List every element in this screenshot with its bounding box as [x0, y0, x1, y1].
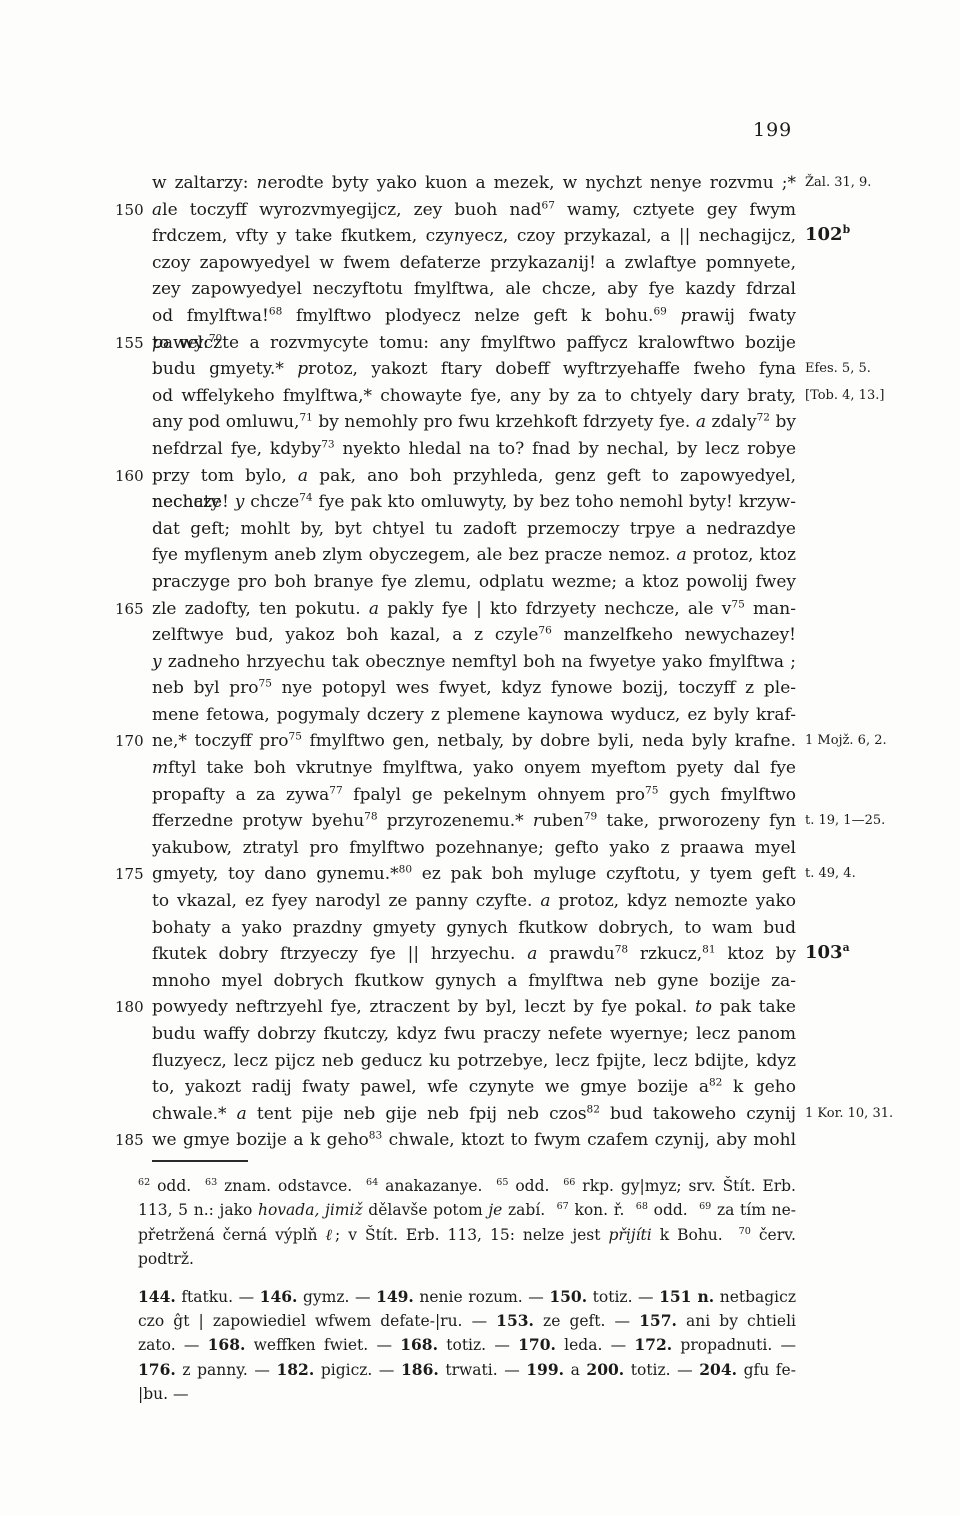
apparatus-line: přetržená černá výplň ℓ; v Štít. Erb. 11… — [138, 1223, 796, 1272]
body-line: fye myflenym aneb zlym obyczegem, ale be… — [152, 542, 796, 569]
readings-line: czo ĝt | zapowiediel wfwem defate-|ru. —… — [138, 1309, 796, 1333]
footnote-readings: 144. ftatku. — 146. gymz. — 149. nenie r… — [138, 1285, 796, 1407]
readings-line: zato. — 168. weffken fwiet. — 168. totiz… — [138, 1333, 796, 1357]
body-line: fkutek dobry ftrzyeczy fye || hrzyechu. … — [152, 941, 796, 968]
citation-margin-note: 1 Kor. 10, 31. — [805, 1102, 893, 1126]
line-number: 150 — [115, 197, 144, 224]
body-line: fferzedne protyw byehu78 przyrozenemu.* … — [152, 808, 796, 835]
body-line: fluzyecz, lecz pijcz neb geducz ku potrz… — [152, 1048, 796, 1075]
book-page: 199 w zaltarzy: nerodte byty yako kuon a… — [0, 0, 960, 1516]
line-number: 180 — [115, 994, 144, 1021]
citation-margin-note: Žal. 31, 9. — [805, 171, 871, 195]
body-line: to vkazal, ez fyey narodyl ze panny czyf… — [152, 888, 796, 915]
line-number: 185 — [115, 1127, 144, 1154]
body-line: dat geft; mohlt by, byt chtyel tu zadoft… — [152, 516, 796, 543]
apparatus-line: 113, 5 n.: jako hovada, jimiž dělavše po… — [138, 1198, 796, 1222]
body-line: gmyety, toy dano gynemu.*80 ez pak boh m… — [152, 861, 796, 888]
body-line: zle zadofty, ten pokutu. a pakly fye | k… — [152, 596, 796, 623]
body-line: od fmylftwa!68 fmylftwo plodyecz nelze g… — [152, 303, 796, 330]
body-line: nefdrzal fye, kdyby73 nyekto hledal na t… — [152, 436, 796, 463]
body-line: zey zapowyedyel neczyftotu fmylftwa, ale… — [152, 276, 796, 303]
body-line: bohaty a yako prazdny gmyety gynych fkut… — [152, 915, 796, 942]
body-line: chwale.* a tent pije neb gije neb fpij n… — [152, 1101, 796, 1128]
body-line: propafty a za zywa77 fpalyl ge pekelnym … — [152, 782, 796, 809]
body-line: czoy zapowyedyel w fwem defaterze przyka… — [152, 250, 796, 277]
footnotes: 62 odd. 63 znam. odstavce. 64 anakazanye… — [138, 1156, 796, 1407]
body-line: ale toczyff wyrozvmyegijcz, zey buoh nad… — [152, 197, 796, 224]
body-line: od wffelykeho fmylftwa,* chowayte fye, a… — [152, 383, 796, 410]
body-line: budu gmyety.* protoz, yakozt ftary dobef… — [152, 356, 796, 383]
body-line: praczyge pro boh branye fye zlemu, odpla… — [152, 569, 796, 596]
citation-margin-note: Efes. 5, 5. — [805, 357, 871, 381]
footnote-apparatus: 62 odd. 63 znam. odstavce. 64 anakazanye… — [138, 1174, 796, 1272]
body-line: zelftwye bud, yakoz boh kazal, a z czyle… — [152, 622, 796, 649]
body-line: to wyczte a rozvmycyte tomu: any fmylftw… — [152, 330, 796, 357]
citation-margin-note: 1 Mojž. 6, 2. — [805, 729, 887, 753]
line-number: 155 — [115, 330, 144, 357]
apparatus-line: 62 odd. 63 znam. odstavce. 64 anakazanye… — [138, 1174, 796, 1198]
readings-line: 144. ftatku. — 146. gymz. — 149. nenie r… — [138, 1285, 796, 1309]
body-line: y zadneho hrzyechu tak obecznye nemftyl … — [152, 649, 796, 676]
body-line: nechcze! y chcze74 fye pak kto omluwyty,… — [152, 489, 796, 516]
line-number: 165 — [115, 596, 144, 623]
body-line: any pod omluwu,71 by nemohly pro fwu krz… — [152, 409, 796, 436]
body-line: frdczem, vfty y take fkutkem, czynyecz, … — [152, 223, 796, 250]
body-line: we gmye bozije a k geho83 chwale, ktozt … — [152, 1127, 796, 1154]
body-line: w zaltarzy: nerodte byty yako kuon a mez… — [152, 170, 796, 197]
body-line: mftyl take boh vkrutnye fmylftwa, yako o… — [152, 755, 796, 782]
page-number: 199 — [753, 119, 792, 141]
citation-margin-note: t. 19, 1—25. — [805, 809, 885, 833]
citation-margin-note: [Tob. 4, 13.] — [805, 384, 884, 408]
body-line: mnoho myel dobrych fkutkow gynych a fmyl… — [152, 968, 796, 995]
body-line: yakubow, ztratyl pro fmylftwo pozehnanye… — [152, 835, 796, 862]
folio-margin-note: 103a — [805, 940, 850, 966]
body-line: to, yakozt radij fwaty pawel, wfe czynyt… — [152, 1074, 796, 1101]
body-line: powyedy neftrzyehl fye, ztraczent by byl… — [152, 994, 796, 1021]
readings-line: 176. z panny. — 182. pigicz. — 186. trwa… — [138, 1358, 796, 1407]
line-number: 175 — [115, 861, 144, 888]
folio-margin-note: 102b — [805, 222, 850, 248]
body-line: przy tom bylo, a pak, ano boh przyhleda,… — [152, 463, 796, 490]
line-number: 160 — [115, 463, 144, 490]
citation-margin-note: t. 49, 4. — [805, 862, 856, 886]
line-number: 170 — [115, 728, 144, 755]
body-line: budu waffy dobrzy fkutczy, kdyz fwu prac… — [152, 1021, 796, 1048]
body-line: neb byl pro75 nye potopyl wes fwyet, kdy… — [152, 675, 796, 702]
body-line: ne,* toczyff pro75 fmylftwo gen, netbaly… — [152, 728, 796, 755]
body-line: mene fetowa, pogymaly dczery z plemene k… — [152, 702, 796, 729]
footnote-separator-rule — [152, 1160, 248, 1162]
body-text: w zaltarzy: nerodte byty yako kuon a mez… — [152, 170, 796, 1154]
